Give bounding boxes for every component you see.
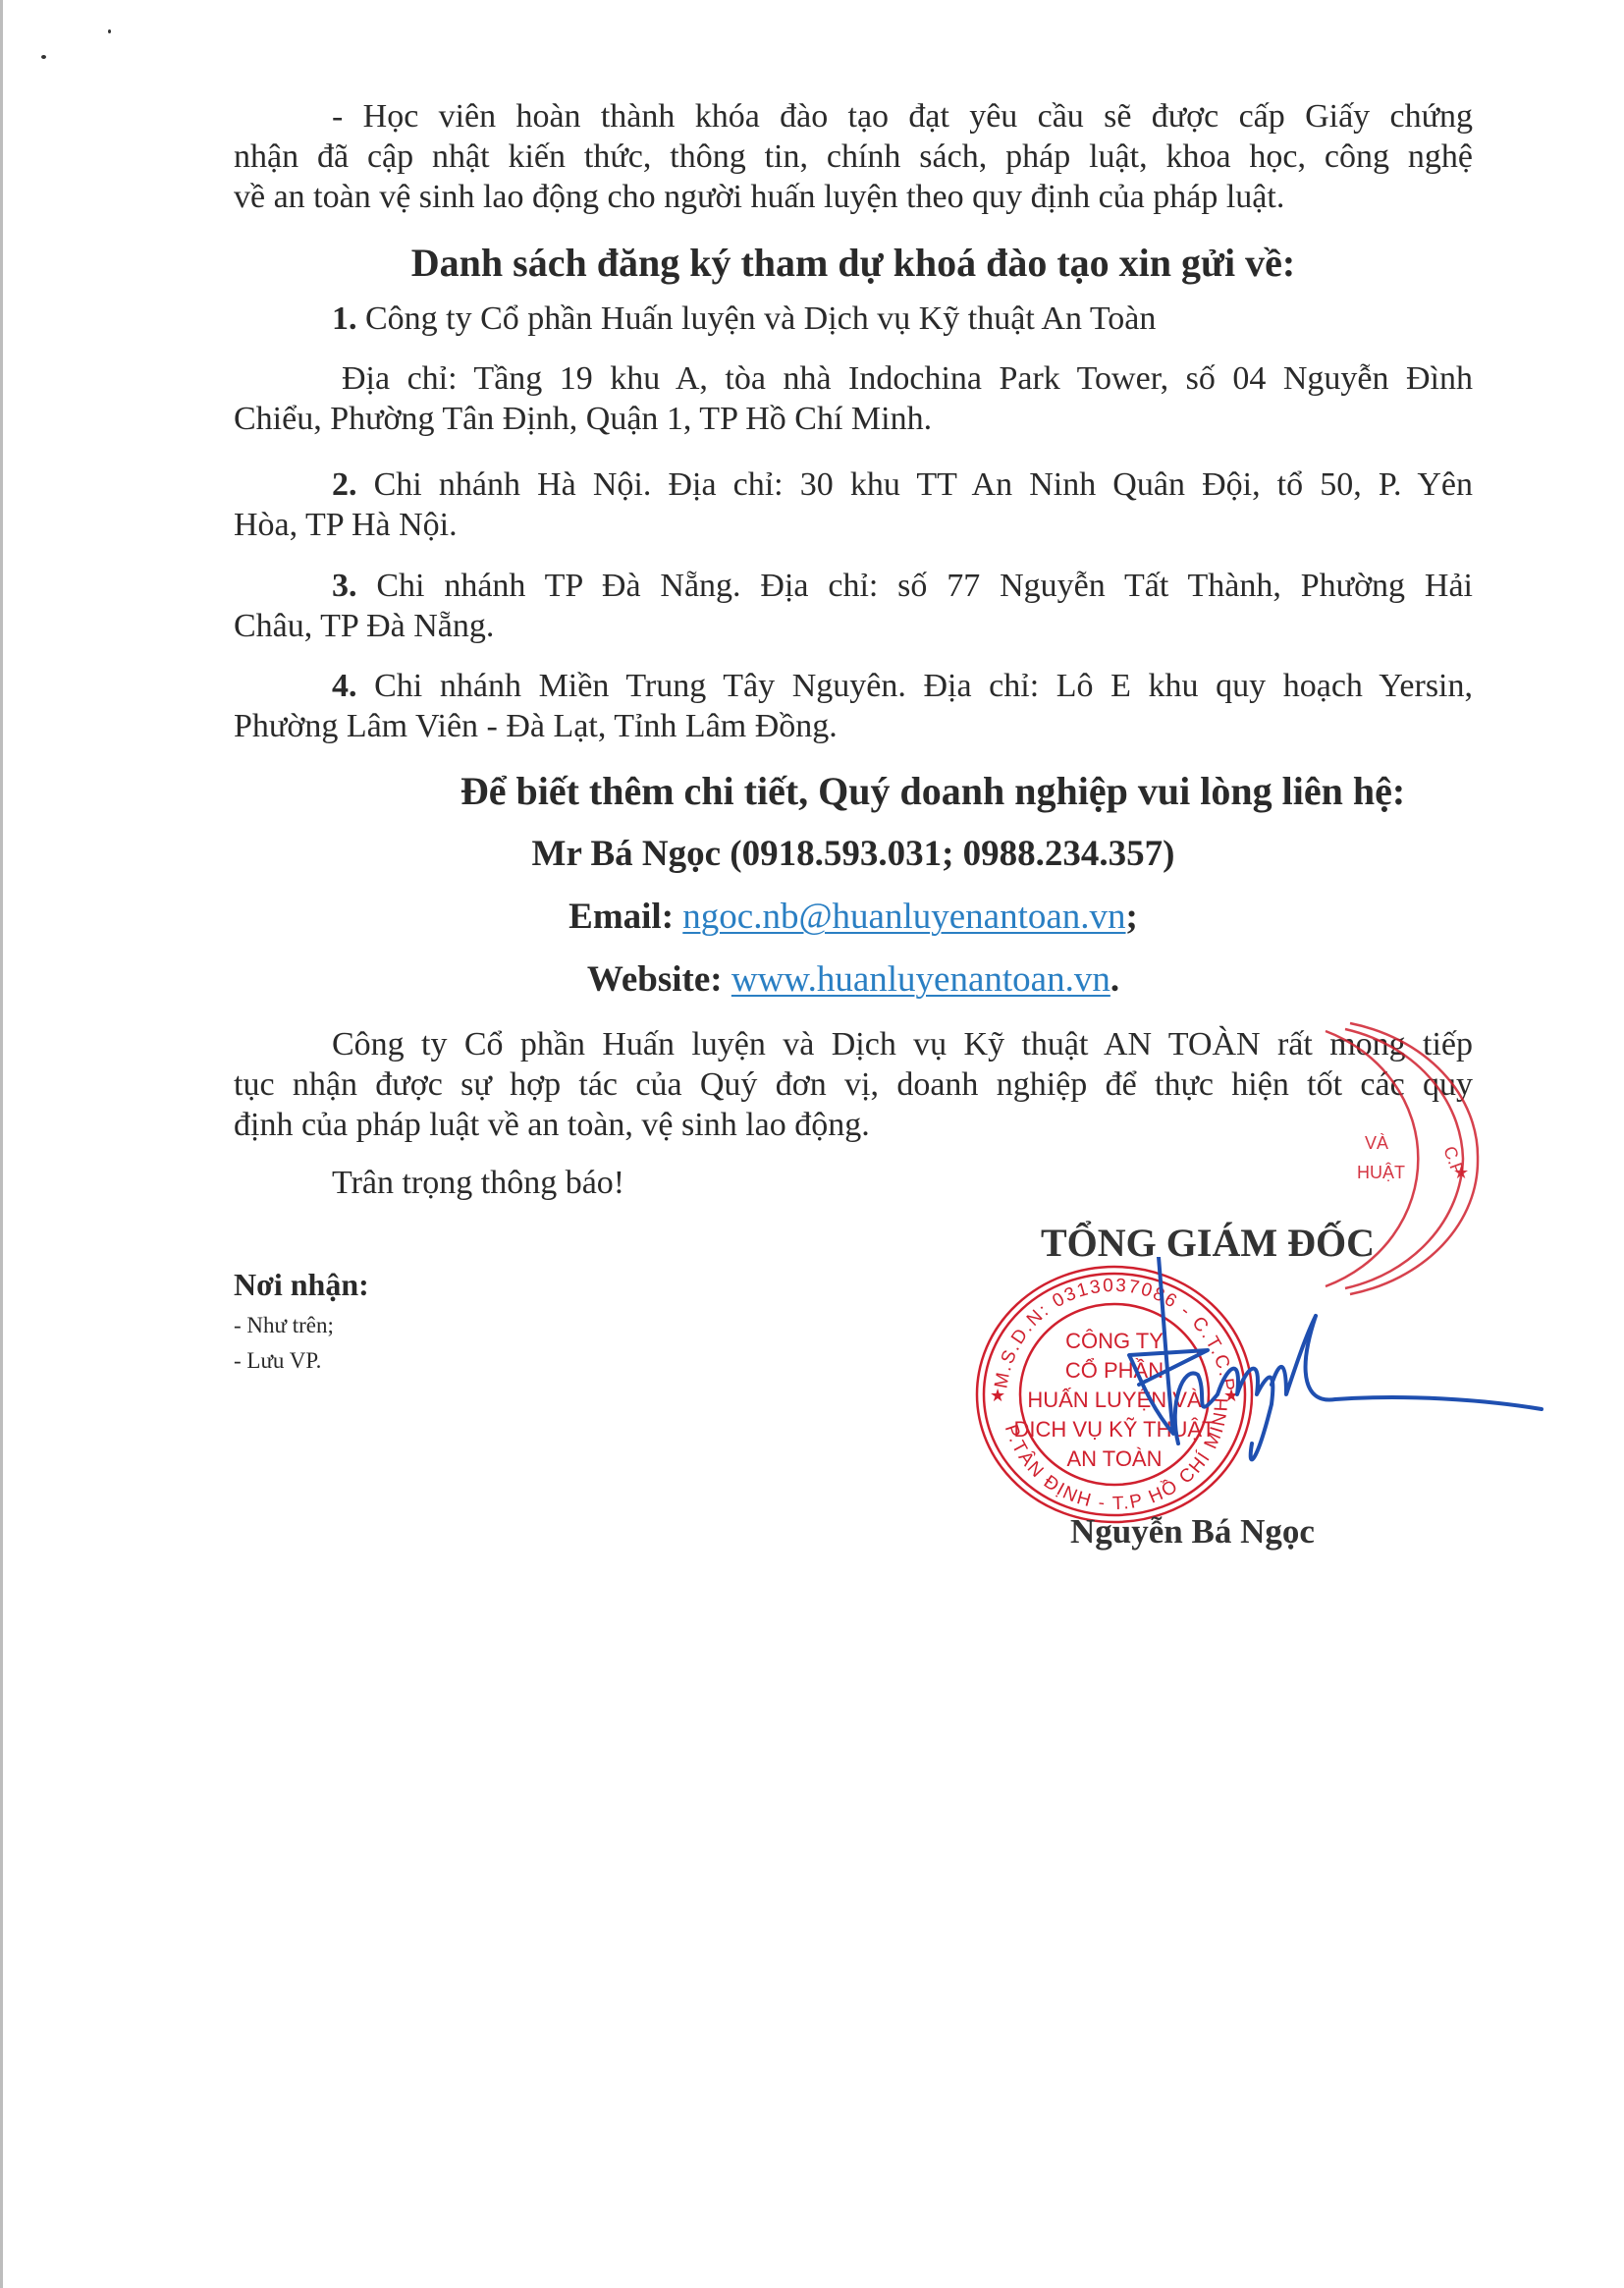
text-line: Chiểu, Phường Tân Định, Quận 1, TP Hồ Ch…	[234, 399, 1473, 439]
registration-item-3: 3. Chi nhánh TP Đà Nẵng. Địa chỉ: số 77 …	[234, 566, 1473, 646]
item-text: Chi nhánh Hà Nội. Địa chỉ: 30 khu TT An …	[374, 466, 1473, 503]
registration-item-1-address: Địa chỉ: Tầng 19 khu A, tòa nhà Indochin…	[234, 358, 1473, 439]
contact-heading: Để biết thêm chi tiết, Quý doanh nghiệp …	[393, 768, 1473, 814]
closing-paragraph: Công ty Cổ phần Huấn luyện và Dịch vụ Kỹ…	[234, 1024, 1473, 1145]
registration-item-1: 1. Công ty Cổ phần Huấn luyện và Dịch vụ…	[234, 299, 1473, 339]
text-line: định của pháp luật về an toàn, vệ sinh l…	[234, 1105, 1473, 1145]
text-line: Hòa, TP Hà Nội.	[234, 505, 1473, 545]
item-number: 1.	[332, 300, 357, 337]
regards: Trân trọng thông báo!	[234, 1163, 1473, 1203]
item-text: Chi nhánh Miền Trung Tây Nguyên. Địa chỉ…	[374, 668, 1473, 704]
item-number: 4.	[332, 668, 357, 704]
text-line: Châu, TP Đà Nẵng.	[234, 606, 1473, 646]
scan-speck	[41, 55, 46, 59]
item-number: 2.	[332, 466, 357, 503]
contact-website-line: Website: www.huanluyenantoan.vn.	[234, 958, 1473, 1001]
text-line: Địa chỉ: Tầng 19 khu A, tòa nhà Indochin…	[234, 358, 1473, 399]
scan-speck	[108, 29, 111, 33]
website-link[interactable]: www.huanluyenantoan.vn	[731, 959, 1110, 1000]
item-number: 3.	[332, 568, 357, 604]
email-label: Email:	[568, 897, 674, 937]
handwritten-signature-icon	[1110, 1257, 1581, 1493]
stamp-partial-icon: VÀ HUẬT C.P ★	[1306, 1021, 1522, 1296]
website-label: Website:	[587, 959, 723, 1000]
text-line: Phường Lâm Viên - Đà Lạt, Tỉnh Lâm Đồng.	[234, 706, 1473, 746]
text-line: tục nhận được sự hợp tác của Quý đơn vị,…	[234, 1064, 1473, 1105]
contact-email-line: Email: ngoc.nb@huanluyenantoan.vn;	[234, 896, 1473, 938]
regards-text: Trân trọng thông báo!	[234, 1163, 1473, 1203]
email-link[interactable]: ngoc.nb@huanluyenantoan.vn	[682, 897, 1125, 937]
registration-item-2: 2. Chi nhánh Hà Nội. Địa chỉ: 30 khu TT …	[234, 464, 1473, 545]
scan-edge	[0, 0, 3, 2288]
text-line: Công ty Cổ phần Huấn luyện và Dịch vụ Kỹ…	[234, 1024, 1473, 1064]
item-text: Chi nhánh TP Đà Nẵng. Địa chỉ: số 77 Ngu…	[376, 568, 1473, 604]
text-line: - Học viên hoàn thành khóa đào tạo đạt y…	[234, 96, 1473, 136]
svg-text:HUẬT: HUẬT	[1357, 1163, 1405, 1182]
recipients-title: Nơi nhận:	[234, 1267, 369, 1303]
contact-person: Mr Bá Ngọc (0918.593.031; 0988.234.357)	[234, 833, 1473, 875]
svg-text:VÀ: VÀ	[1365, 1133, 1388, 1153]
svg-text:★: ★	[1453, 1163, 1469, 1182]
registration-heading: Danh sách đăng ký tham dự khoá đào tạo x…	[234, 240, 1473, 286]
item-text: Công ty Cổ phần Huấn luyện và Dịch vụ Kỹ…	[365, 300, 1156, 337]
intro-paragraph: - Học viên hoàn thành khóa đào tạo đạt y…	[234, 96, 1473, 217]
website-suffix: .	[1110, 959, 1119, 1000]
text-line: nhận đã cập nhật kiến thức, thông tin, c…	[234, 136, 1473, 177]
text-line: về an toàn vệ sinh lao động cho người hu…	[234, 177, 1473, 217]
recipient-item: - Như trên;	[234, 1313, 334, 1338]
registration-item-4: 4. Chi nhánh Miền Trung Tây Nguyên. Địa …	[234, 666, 1473, 746]
signatory-name: Nguyễn Bá Ngọc	[1070, 1512, 1315, 1552]
svg-text:★: ★	[990, 1386, 1005, 1405]
recipient-item: - Lưu VP.	[234, 1348, 321, 1374]
email-suffix: ;	[1126, 897, 1138, 937]
